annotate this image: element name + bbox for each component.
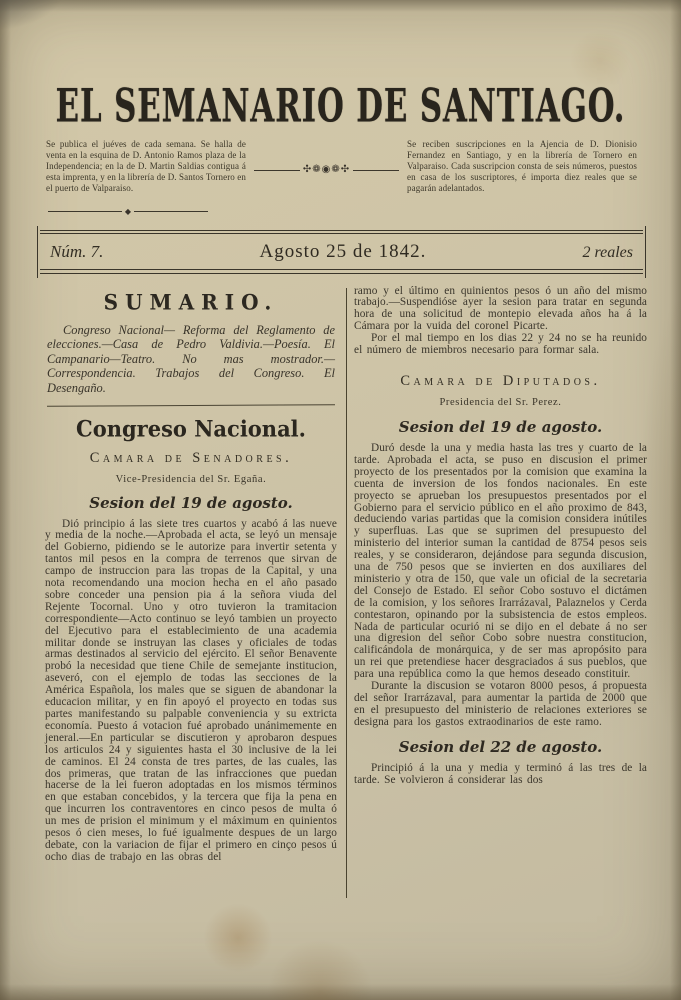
article-paragraph: Dió principio á las siete tres cuartos y… [45, 519, 337, 864]
issue-number: Núm. 7. [50, 242, 103, 262]
ornament-rule-right [353, 170, 399, 171]
floral-ornament-icon: ✣❁◉❁✣ [300, 165, 353, 175]
issue-price: 2 reales [582, 244, 633, 262]
sumario-title: SUMARIO. [45, 289, 337, 314]
article-columns: SUMARIO. Congreso Nacional— Reforma del … [45, 286, 647, 898]
column-divider-rule [346, 288, 347, 898]
session-heading-22-agosto: Sesion del 22 de agosto. [354, 738, 647, 756]
section-divider-rule [47, 404, 335, 407]
header-ornament-divider: ✣❁◉❁✣ [254, 165, 399, 175]
article-paragraph: Por el mal tiempo en los dias 22 y 24 no… [354, 333, 647, 357]
small-rule-right [134, 211, 208, 212]
publication-notices: Se publica el juéves de cada semana. Se … [46, 139, 637, 194]
left-column: SUMARIO. Congreso Nacional— Reforma del … [45, 286, 337, 898]
publication-notice-right: Se reciben suscripciones en la Ajencia d… [407, 139, 637, 194]
article-paragraph: Durante la discusion se votaron 8000 pes… [354, 681, 647, 729]
issue-date: Agosto 25 de 1842. [260, 241, 427, 263]
article-paragraph: Principió á la una y media y terminó á l… [354, 763, 647, 787]
session-heading-19-agosto-diputados: Sesion del 19 de agosto. [354, 418, 647, 436]
presidency-line-senadores: Vice-Presidencia del Sr. Egaña. [45, 474, 337, 485]
article-paragraph: ramo y el último en quinientos pesos ó u… [354, 286, 647, 334]
diamond-ornament-icon: ◆ [122, 208, 134, 216]
section-title-congreso-nacional: Congreso Nacional. [45, 415, 337, 441]
article-paragraph: Duró desde la una y media hasta las tres… [354, 443, 647, 681]
dateline-band: Núm. 7. Agosto 25 de 1842. 2 reales [40, 230, 643, 274]
publication-notice-left: Se publica el juéves de cada semana. Se … [46, 139, 246, 194]
sumario-text: Congreso Nacional— Reforma del Reglament… [47, 323, 335, 396]
right-column: ramo y el último en quinientos pesos ó u… [354, 286, 647, 898]
session-heading-19-agosto-senadores: Sesion del 19 de agosto. [45, 494, 337, 512]
small-rule-left [48, 211, 122, 212]
dateline-band-inner: Núm. 7. Agosto 25 de 1842. 2 reales [40, 233, 643, 270]
newspaper-page: EL SEMANARIO DE SANTIAGO. Se publica el … [0, 0, 681, 1000]
chamber-heading-diputados: Camara de Diputados. [354, 373, 647, 390]
ornament-rule-left [254, 170, 300, 171]
small-rule-ornament: ◆ [48, 208, 208, 216]
chamber-heading-senadores: Camara de Senadores. [45, 450, 337, 467]
masthead-title: EL SEMANARIO DE SANTIAGO. [41, 0, 640, 133]
presidency-line-diputados: Presidencia del Sr. Perez. [354, 397, 647, 408]
